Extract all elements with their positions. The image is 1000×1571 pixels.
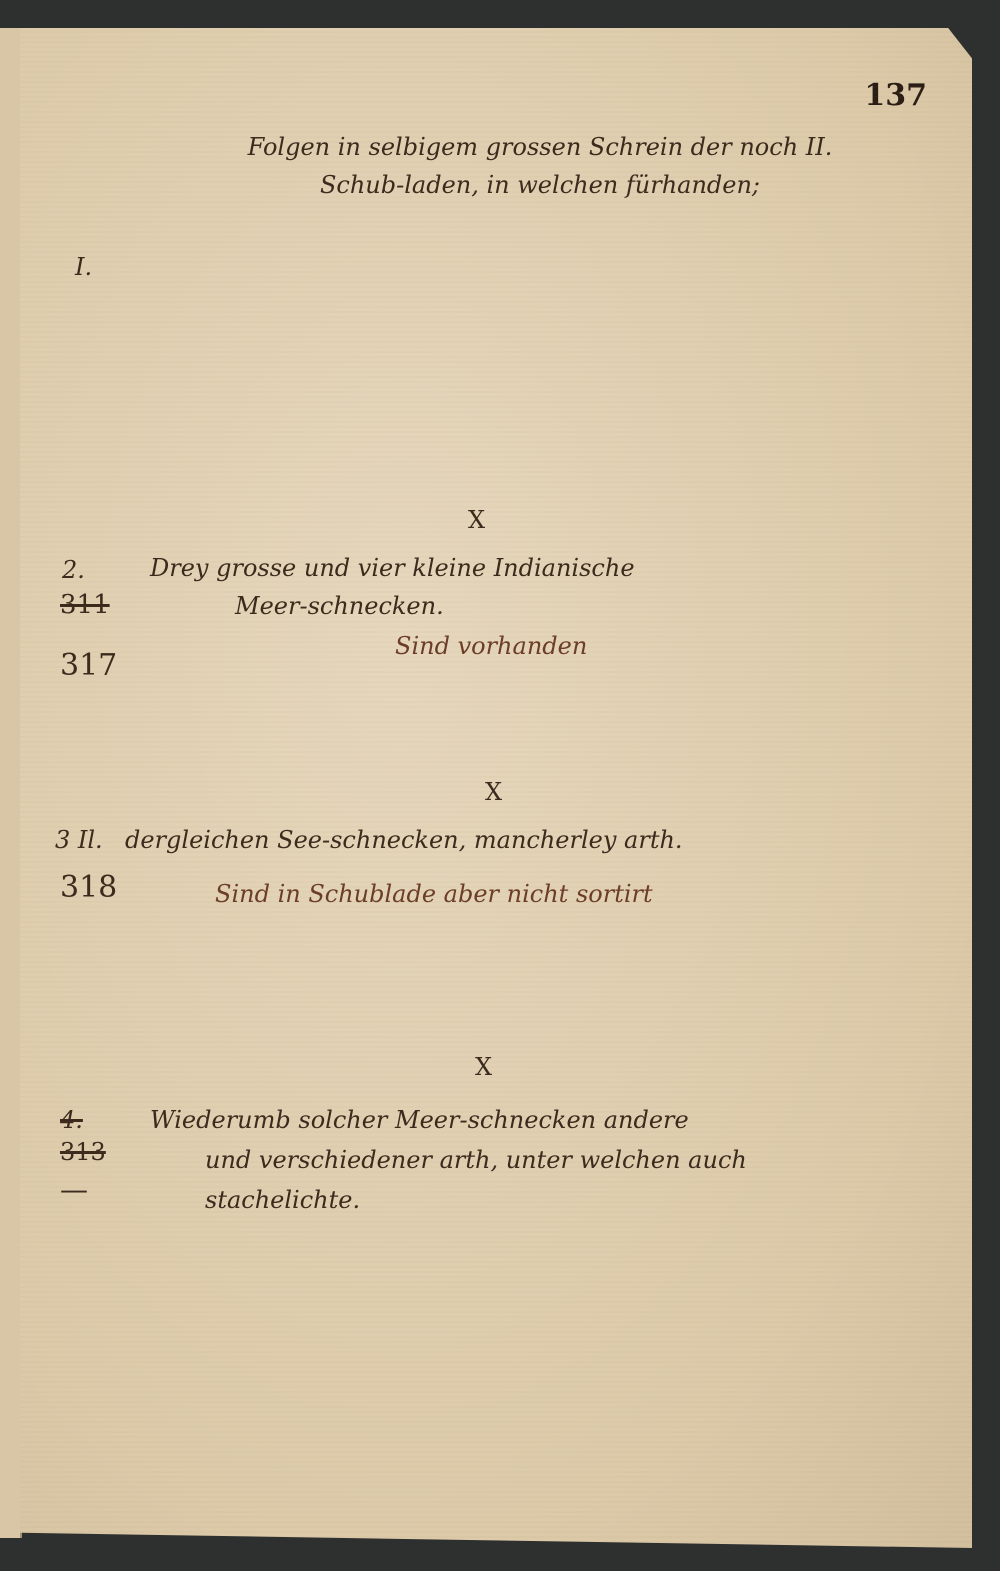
entry-text-line: dergleichen See-schnecken, mancherley ar… xyxy=(125,820,683,860)
entry-old-number: 4. xyxy=(60,1106,83,1134)
entry-text-line: stachelichte. xyxy=(205,1180,360,1220)
entry-number: 318 xyxy=(60,870,117,905)
section-marker: I. xyxy=(75,253,92,281)
entry-number: 317 xyxy=(60,648,117,683)
entry-struck-number: 313 xyxy=(60,1138,106,1166)
manuscript-page: 137 Folgen in selbigem grossen Schrein d… xyxy=(20,28,972,1548)
entry-text-line: Meer-schnecken. xyxy=(235,586,444,626)
entry-text-line: Wiederumb solcher Meer-schnecken andere xyxy=(150,1100,689,1140)
entry-cross-mark: X xyxy=(468,506,485,534)
entry-old-number: 3 Il. xyxy=(55,820,103,860)
entry-old-number: 2. xyxy=(62,556,85,584)
entry-note: Sind in Schublade aber nicht sortirt xyxy=(215,874,653,914)
entry-text-line: Drey grosse und vier kleine Indianische xyxy=(150,548,635,588)
page-heading: Folgen in selbigem grossen Schrein der n… xyxy=(230,128,850,204)
entry-dash: — xyxy=(60,1173,88,1206)
entry-cross-mark: X xyxy=(475,1053,492,1081)
entry-note: Sind vorhanden xyxy=(395,626,587,666)
entry-cross-mark: X xyxy=(485,778,502,806)
adjacent-page-edge xyxy=(0,28,22,1538)
folio-number: 137 xyxy=(864,78,927,113)
entry-text-line: und verschiedener arth, unter welchen au… xyxy=(205,1140,747,1180)
entry-struck-number: 311 xyxy=(60,590,110,620)
